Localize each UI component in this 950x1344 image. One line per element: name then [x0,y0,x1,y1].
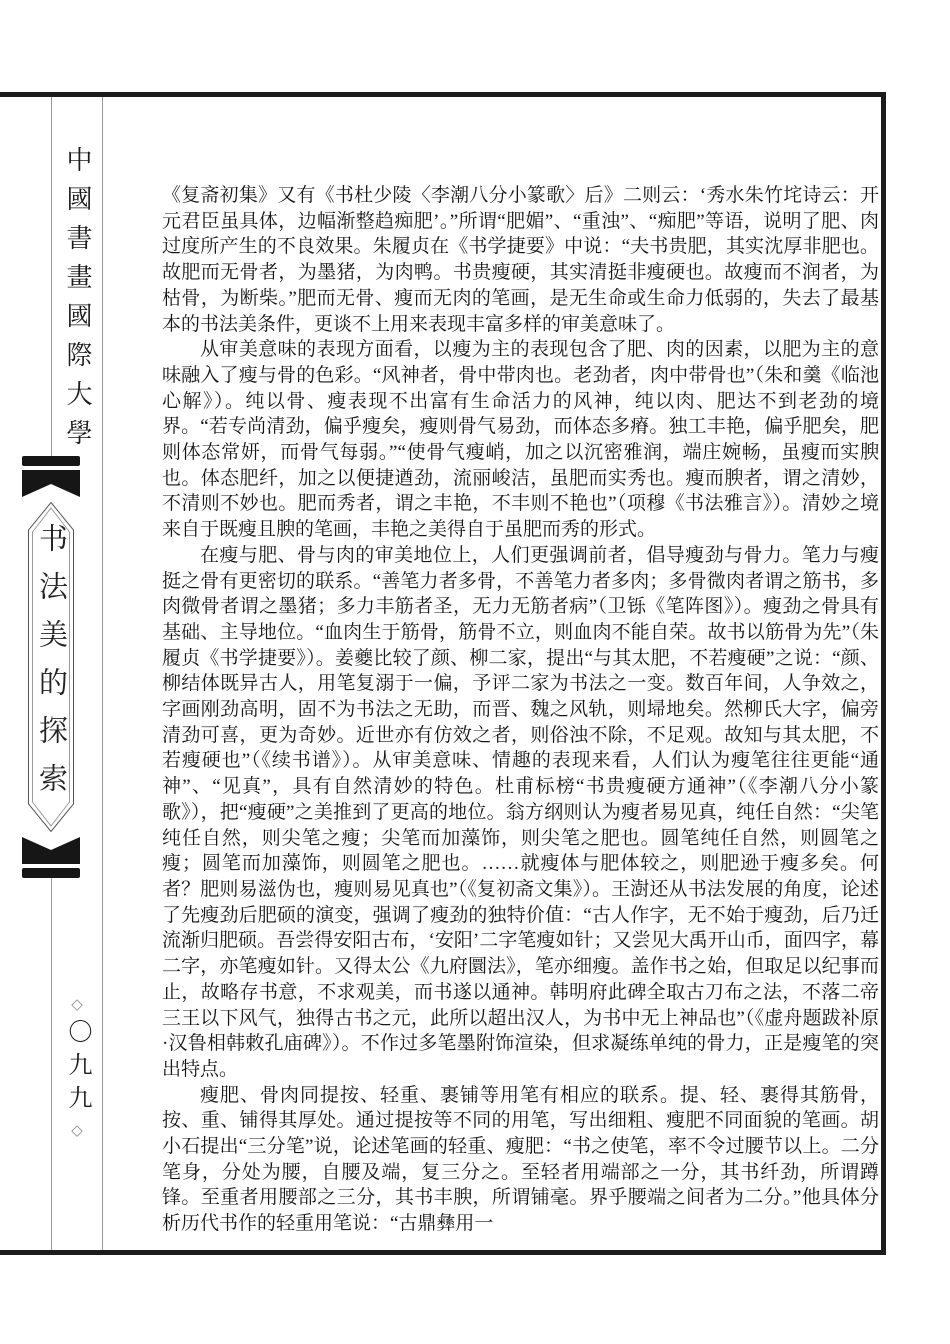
banner-ribbon-top-icon [22,470,80,497]
chapter-banner: 书法美的探索 [21,456,81,878]
book-title-vertical: 书法美的探索 [28,502,74,832]
diamond-ornament-icon: ◇ [71,1124,83,1139]
banner-top-bar [22,456,80,466]
banner-hexagon: 书法美的探索 [28,502,74,832]
frame-right-border [881,92,886,1255]
body-paragraph: 在瘦与肥、骨与肉的审美地位上，人们更强调前者，倡导瘦劲与骨力。笔力与瘦挺之骨有更… [162,543,879,1083]
frame-top-border [0,92,886,97]
page-number: 〇九九 [55,1019,99,1118]
body-paragraph: 从审美意味的表现方面看，以瘦为主的表现包含了肥、肉的因素，以肥为主的意味融入了瘦… [162,337,879,543]
body-paragraph: 《复斋初集》又有《书杜少陵〈李潮八分小篆歌〉后》二则云：‘秀水朱竹垞诗云：开元君… [162,183,879,337]
institution-name-vertical: 中國書畫國際大學 [55,146,99,491]
frame-bottom-border [0,1250,886,1255]
page-body-text: 《复斋初集》又有《书杜少陵〈李潮八分小篆歌〉后》二则云：‘秀水朱竹垞诗云：开元君… [162,183,879,1237]
banner-bottom-bar [22,868,80,878]
banner-ribbon-bottom-icon [22,837,80,864]
folio-column: ◇ 〇九九 ◇ [55,998,99,1139]
body-paragraph: 瘦肥、骨肉同提按、轻重、裹铺等用笔有相应的联系。提、轻、裹得其筋骨，按、重、铺得… [162,1083,879,1237]
diamond-ornament-icon: ◇ [71,998,83,1013]
sidebar-divider-right [102,97,103,1250]
